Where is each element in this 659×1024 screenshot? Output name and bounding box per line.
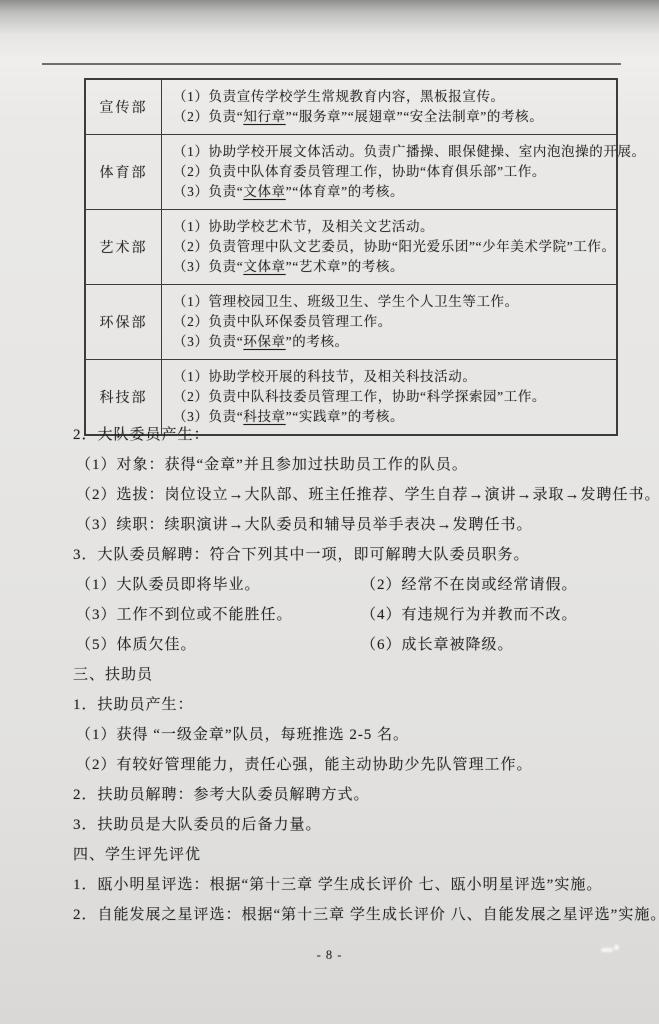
text-line-left: （3）工作不到位或不能胜任。 bbox=[76, 604, 361, 627]
text-line: （2）有较好管理能力，责任心强，能主动协助少先队管理工作。 bbox=[73, 754, 633, 777]
duties-cell: （1）负责宣传学校学生常规教育内容，黑板报宣传。（2）负责“知行章”“服务章”“… bbox=[162, 80, 616, 134]
table-row: 宣传部（1）负责宣传学校学生常规教育内容，黑板报宣传。（2）负责“知行章”“服务… bbox=[86, 80, 616, 135]
duty-line: （2）负责“知行章”“服务章”“展翅章”“安全法制章”的考核。 bbox=[173, 107, 610, 127]
table-row: 环保部（1）管理校园卫生、班级卫生、学生个人卫生等工作。（2）负责中队环保委员管… bbox=[86, 285, 616, 360]
duty-line: （2）负责管理中队文艺委员，协助“阳光爱乐团”“少年美术学院”工作。 bbox=[173, 237, 616, 257]
duty-line: （1）协助学校艺术节，及相关文艺活动。 bbox=[173, 217, 616, 237]
duty-text: （3）负责“ bbox=[173, 334, 243, 349]
text-line: 2．自能发展之星评选：根据“第十三章 学生成长评价 八、自能发展之星评选”实施。 bbox=[73, 904, 633, 927]
text-line: （1）获得 “一级金章”队员，每班推选 2-5 名。 bbox=[73, 724, 633, 747]
text-line: （5）体质欠佳。（6）成长章被降级。 bbox=[73, 634, 633, 657]
document-page: 宣传部（1）负责宣传学校学生常规教育内容，黑板报宣传。（2）负责“知行章”“服务… bbox=[0, 0, 659, 1024]
text-line: （1）大队委员即将毕业。（2）经常不在岗或经常请假。 bbox=[73, 574, 633, 597]
badge-name-underlined: 科技章 bbox=[243, 409, 285, 424]
duty-text: （3）负责“ bbox=[173, 184, 243, 199]
text-line: 1．瓯小明星评选：根据“第十三章 学生成长评价 七、瓯小明星评选”实施。 bbox=[73, 874, 633, 897]
duty-text: （2）负责“ bbox=[173, 109, 243, 124]
text-line: （1）对象：获得“金章”并且参加过扶助员工作的队员。 bbox=[73, 454, 633, 477]
dept-cell: 环保部 bbox=[86, 285, 162, 359]
body-text: 2．大队委员产生：（1）对象：获得“金章”并且参加过扶助员工作的队员。（2）选拔… bbox=[73, 424, 633, 934]
duty-text: （2）负责管理中队文艺委员，协助“阳光爱乐团”“少年美术学院”工作。 bbox=[173, 239, 616, 254]
text-line: 三、扶助员 bbox=[73, 664, 633, 687]
duty-text: ”“服务章”“展翅章”“安全法制章”的考核。 bbox=[286, 109, 544, 124]
duty-text: （1）协助学校艺术节，及相关文艺活动。 bbox=[173, 219, 434, 234]
duties-cell: （1）协助学校开展文体活动。负责广播操、眼保健操、室内泡泡操的开展。（2）负责中… bbox=[162, 135, 652, 209]
dept-cell: 体育部 bbox=[86, 135, 162, 209]
page-number: - 8 - bbox=[0, 948, 659, 963]
text-line-left: （5）体质欠佳。 bbox=[76, 634, 361, 657]
text-line: 2．大队委员产生： bbox=[73, 424, 633, 447]
duty-line: （1）负责宣传学校学生常规教育内容，黑板报宣传。 bbox=[173, 87, 610, 107]
duty-line: （1）协助学校开展文体活动。负责广播操、眼保健操、室内泡泡操的开展。 bbox=[173, 142, 646, 162]
duty-line: （1）管理校园卫生、班级卫生、学生个人卫生等工作。 bbox=[173, 292, 610, 312]
duty-line: （3）负责“文体章”“体育章”的考核。 bbox=[173, 182, 646, 202]
dept-cell: 宣传部 bbox=[86, 80, 162, 134]
duty-text: （3）负责“ bbox=[173, 259, 243, 274]
text-line: （2）选拔：岗位设立→大队部、班主任推荐、学生自荐→演讲→录取→发聘任书。 bbox=[73, 484, 633, 507]
duty-text: ”“实践章”的考核。 bbox=[286, 409, 404, 424]
duty-text: （2）负责中队科技委员管理工作，协助“科学探索园”工作。 bbox=[173, 389, 546, 404]
duty-line: （2）负责中队环保委员管理工作。 bbox=[173, 312, 610, 332]
badge-name-underlined: 知行章 bbox=[243, 109, 285, 124]
table-row: 科技部（1）协助学校开展的科技节，及相关科技活动。（2）负责中队科技委员管理工作… bbox=[86, 360, 616, 434]
text-line: 3．扶助员是大队委员的后备力量。 bbox=[73, 814, 633, 837]
table-row: 体育部（1）协助学校开展文体活动。负责广播操、眼保健操、室内泡泡操的开展。（2）… bbox=[86, 135, 616, 210]
duty-line: （2）负责中队体育委员管理工作，协助“体育俱乐部”工作。 bbox=[173, 162, 646, 182]
badge-name-underlined: 文体章 bbox=[243, 184, 285, 199]
duties-table: 宣传部（1）负责宣传学校学生常规教育内容，黑板报宣传。（2）负责“知行章”“服务… bbox=[84, 78, 618, 436]
duty-line: （2）负责中队科技委员管理工作，协助“科学探索园”工作。 bbox=[173, 387, 610, 407]
duty-text: （3）负责“ bbox=[173, 409, 243, 424]
text-line: 四、学生评先评优 bbox=[73, 844, 633, 867]
dept-cell: 艺术部 bbox=[86, 210, 162, 284]
duty-text: （1）协助学校开展的科技节，及相关科技活动。 bbox=[173, 369, 476, 384]
badge-name-underlined: 环保章 bbox=[243, 334, 285, 349]
duties-cell: （1）协助学校开展的科技节，及相关科技活动。（2）负责中队科技委员管理工作，协助… bbox=[162, 360, 616, 434]
table-row: 艺术部（1）协助学校艺术节，及相关文艺活动。（2）负责管理中队文艺委员，协助“阳… bbox=[86, 210, 616, 285]
text-line: （3）工作不到位或不能胜任。（4）有违规行为并教而不改。 bbox=[73, 604, 633, 627]
duty-text: （2）负责中队环保委员管理工作。 bbox=[173, 314, 392, 329]
header-rule bbox=[42, 63, 621, 65]
duty-text: （1）负责宣传学校学生常规教育内容，黑板报宣传。 bbox=[173, 89, 505, 104]
duty-text: ”的考核。 bbox=[286, 334, 349, 349]
dept-cell: 科技部 bbox=[86, 360, 162, 434]
text-line-right: （4）有违规行为并教而不改。 bbox=[361, 604, 578, 627]
duty-text: （2）负责中队体育委员管理工作，协助“体育俱乐部”工作。 bbox=[173, 164, 546, 179]
duties-cell: （1）协助学校艺术节，及相关文艺活动。（2）负责管理中队文艺委员，协助“阳光爱乐… bbox=[162, 210, 622, 284]
duty-text: ”“艺术章”的考核。 bbox=[286, 259, 404, 274]
text-line-right: （6）成长章被降级。 bbox=[361, 634, 514, 657]
duties-cell: （1）管理校园卫生、班级卫生、学生个人卫生等工作。（2）负责中队环保委员管理工作… bbox=[162, 285, 616, 359]
text-line-right: （2）经常不在岗或经常请假。 bbox=[361, 574, 578, 597]
text-line: （3）续职：续职演讲→大队委员和辅导员举手表决→发聘任书。 bbox=[73, 514, 633, 537]
duty-text: （1）协助学校开展文体活动。负责广播操、眼保健操、室内泡泡操的开展。 bbox=[173, 144, 646, 159]
duty-line: （3）负责“文体章”“艺术章”的考核。 bbox=[173, 257, 616, 277]
duty-text: ”“体育章”的考核。 bbox=[286, 184, 404, 199]
text-line-left: （1）大队委员即将毕业。 bbox=[76, 574, 361, 597]
text-line: 1．扶助员产生： bbox=[73, 694, 633, 717]
duty-line: （3）负责“环保章”的考核。 bbox=[173, 332, 610, 352]
text-line: 3．大队委员解聘：符合下列其中一项，即可解聘大队委员职务。 bbox=[73, 544, 633, 567]
badge-name-underlined: 文体章 bbox=[243, 259, 285, 274]
text-line: 2．扶助员解聘：参考大队委员解聘方式。 bbox=[73, 784, 633, 807]
duty-text: （1）管理校园卫生、班级卫生、学生个人卫生等工作。 bbox=[173, 294, 519, 309]
duty-line: （1）协助学校开展的科技节，及相关科技活动。 bbox=[173, 367, 610, 387]
